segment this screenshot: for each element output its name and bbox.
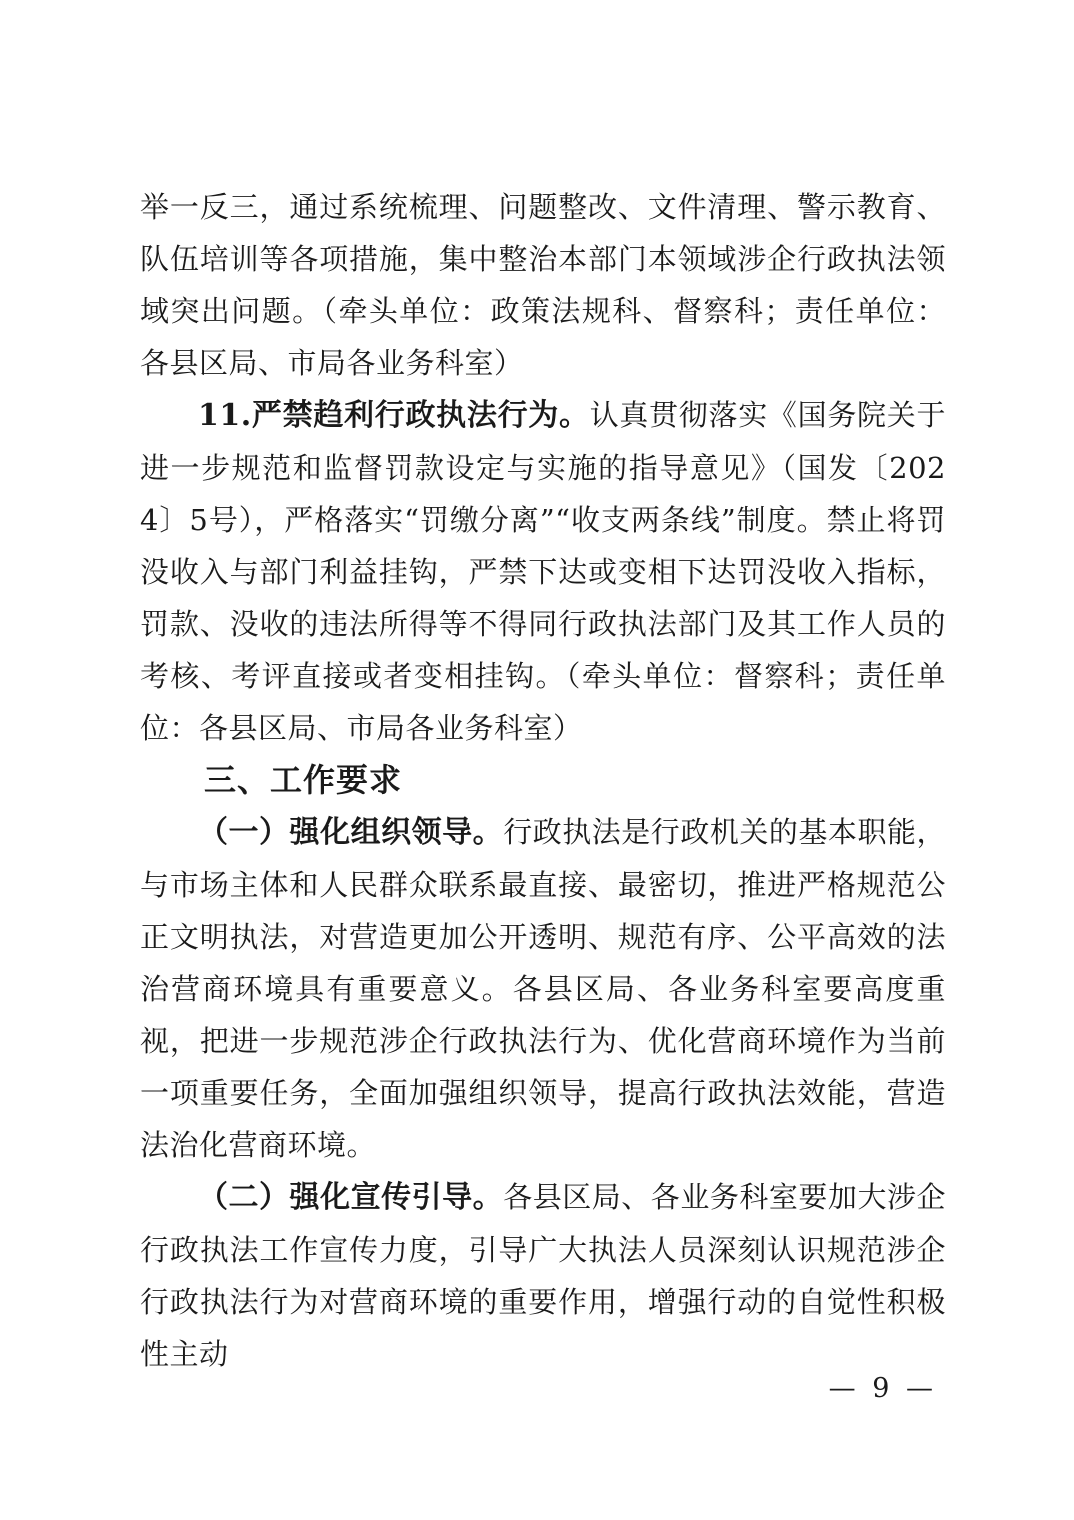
- sub-1-lead: （一）强化组织领导。: [198, 815, 503, 850]
- item-11-text: 认真贯彻落实《国务院关于进一步规范和监督罚款设定与实施的指导意见》（国发〔202…: [140, 398, 946, 745]
- paragraph-item-11: 11.严禁趋利行政执法行为。认真贯彻落实《国务院关于进一步规范和监督罚款设定与实…: [140, 389, 946, 754]
- paragraph-sub-2: （二）强化宣传引导。各县区局、各业务科室要加大涉企行政执法工作宣传力度，引导广大…: [140, 1171, 946, 1380]
- section-3-heading: 三、工作要求: [140, 754, 946, 806]
- document-body: 举一反三，通过系统梳理、问题整改、文件清理、警示教育、队伍培训等各项措施，集中整…: [140, 181, 946, 1380]
- sub-2-lead: （二）强化宣传引导。: [198, 1180, 503, 1215]
- paragraph-sub-1: （一）强化组织领导。行政执法是行政机关的基本职能，与市场主体和人民群众联系最直接…: [140, 806, 946, 1171]
- page-number: — 9 —: [829, 1372, 937, 1406]
- paragraph-continuation: 举一反三，通过系统梳理、问题整改、文件清理、警示教育、队伍培训等各项措施，集中整…: [140, 181, 946, 389]
- item-11-lead: 11.严禁趋利行政执法行为。: [198, 398, 590, 433]
- document-page: 举一反三，通过系统梳理、问题整改、文件清理、警示教育、队伍培训等各项措施，集中整…: [0, 0, 1074, 1520]
- sub-1-text: 行政执法是行政机关的基本职能，与市场主体和人民群众联系最直接、最密切，推进严格规…: [140, 815, 946, 1162]
